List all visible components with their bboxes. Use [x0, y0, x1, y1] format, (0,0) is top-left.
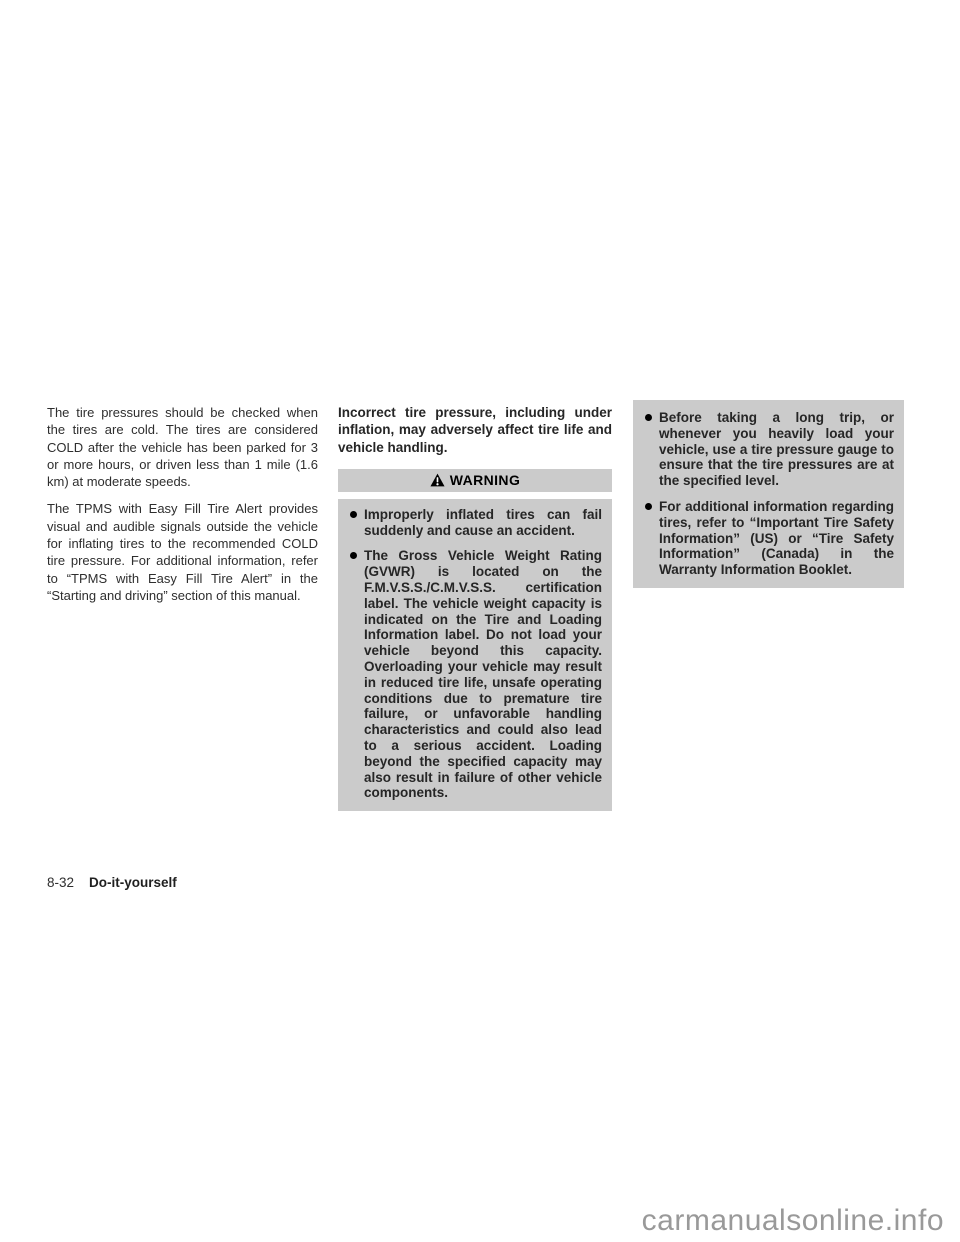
warning-bullet-text: Improperly inflated tires can fail sudde… — [364, 507, 602, 538]
bullet-marker-icon — [645, 503, 652, 510]
warning-bullet: Before taking a long trip, or whenever y… — [633, 410, 894, 489]
body-paragraph: The tire pressures should be checked whe… — [47, 404, 318, 490]
manual-page: The tire pressures should be checked whe… — [0, 0, 960, 1242]
warning-bullet: Improperly inflated tires can fail sudde… — [338, 507, 602, 539]
bullet-marker-icon — [645, 414, 652, 421]
page-number: 8-32 — [47, 875, 74, 890]
bullet-marker-icon — [350, 552, 357, 559]
bullet-marker-icon — [350, 511, 357, 518]
middle-column: Incorrect tire pressure, including under… — [338, 404, 612, 811]
warning-bullet: The Gross Vehicle Weight Rating (GVWR) i… — [338, 548, 602, 801]
warning-bullet: For additional information regarding tir… — [633, 499, 894, 578]
warning-bullet-text: For additional information regarding tir… — [659, 499, 894, 577]
warning-header: WARNING — [338, 469, 612, 492]
footer-section-title: Do-it-yourself — [89, 875, 177, 890]
warning-intro-paragraph: Incorrect tire pressure, including under… — [338, 404, 612, 456]
watermark-text: carmanualsonline.info — [642, 1204, 944, 1238]
left-text-column: The tire pressures should be checked whe… — [47, 404, 318, 604]
warning-header-label: WARNING — [450, 472, 520, 488]
warning-bullet-text: Before taking a long trip, or whenever y… — [659, 410, 894, 488]
body-paragraph: The TPMS with Easy Fill Tire Alert provi… — [47, 500, 318, 604]
warning-box-right: Before taking a long trip, or whenever y… — [633, 400, 904, 588]
warning-bullet-text: The Gross Vehicle Weight Rating (GVWR) i… — [364, 548, 602, 800]
page-footer: 8-32 Do-it-yourself — [47, 875, 177, 890]
warning-triangle-icon — [430, 473, 445, 487]
warning-box-middle: Improperly inflated tires can fail sudde… — [338, 499, 612, 811]
